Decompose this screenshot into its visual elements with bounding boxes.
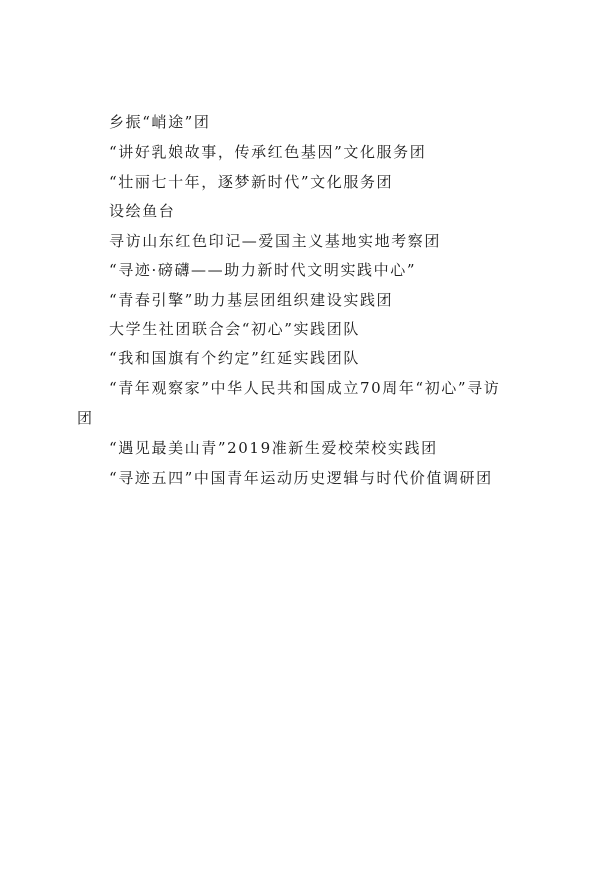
text-line: 设绘鱼台 — [109, 201, 175, 221]
text-line: “青春引擎”助力基层团组织建设实践团 — [109, 290, 393, 310]
text-line: “遇见最美山青”2019准新生爱校荣校实践团 — [109, 438, 438, 458]
text-line: “青年观察家”中华人民共和国成立70周年“初心”寻访 — [109, 378, 500, 398]
text-line: 寻访山东红色印记—爱国主义基地实地考察团 — [109, 231, 441, 251]
text-line: 大学生社团联合会“初心”实践团队 — [109, 319, 360, 339]
document-page: 乡振“峭途”团 “讲好乳娘故事，传承红色基因”文化服务团 “壮丽七十年，逐梦新时… — [0, 0, 615, 879]
text-line: “寻迹·磅礴——助力新时代文明实践中心” — [109, 260, 416, 280]
text-line: 乡振“峭途”团 — [109, 112, 211, 132]
text-line: “我和国旗有个约定”红延实践团队 — [109, 348, 360, 368]
text-line: “壮丽七十年，逐梦新时代”文化服务团 — [109, 172, 393, 192]
text-line: “寻迹五四”中国青年运动历史逻辑与时代价值调研团 — [109, 468, 493, 488]
text-line-continuation: 团 — [77, 408, 94, 428]
text-line: “讲好乳娘故事，传承红色基因”文化服务团 — [109, 142, 426, 162]
